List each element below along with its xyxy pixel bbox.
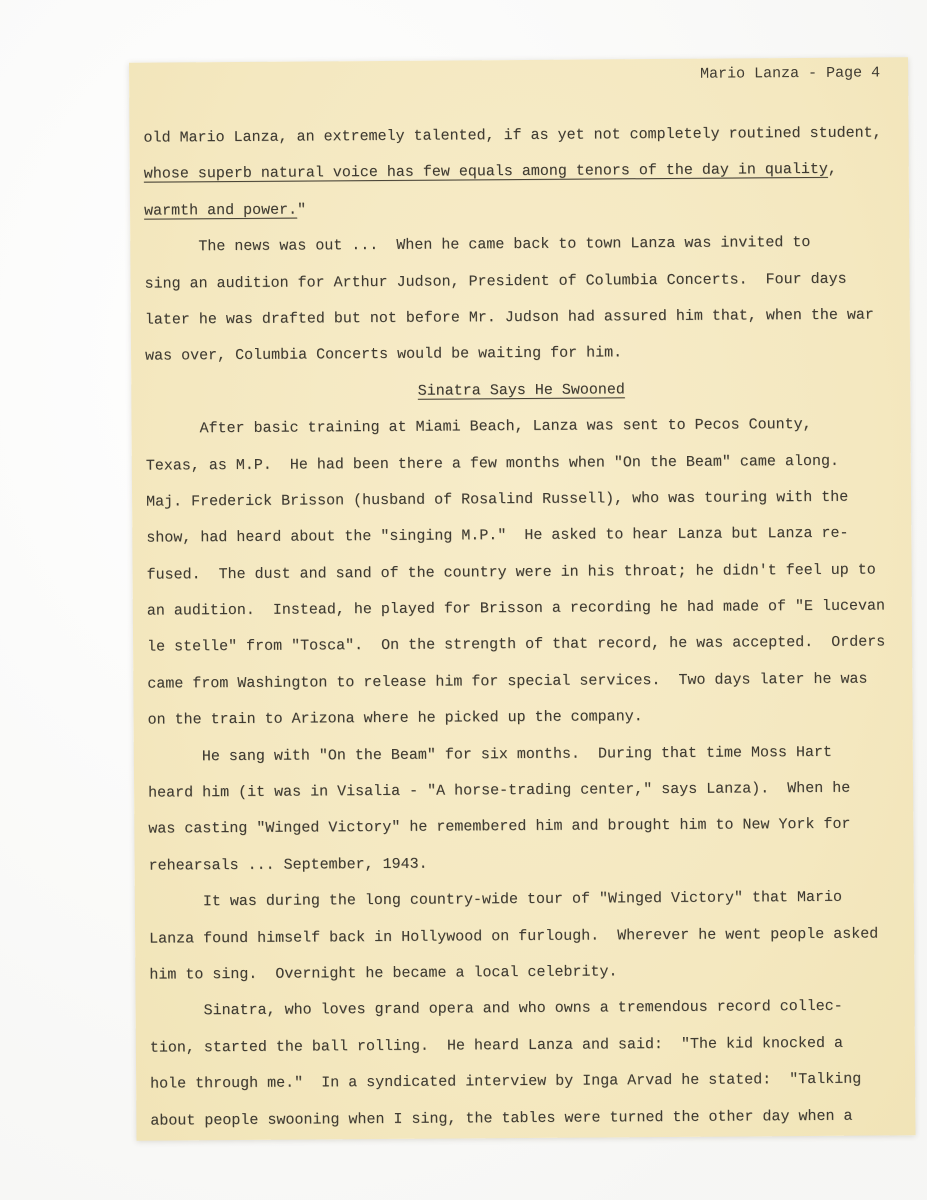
underlined-text: Sinatra Says He Swooned <box>418 381 625 399</box>
text-segment: rehearsals ... September, 1943. <box>149 855 428 874</box>
text-segment: was over, Columbia Concerts would be wai… <box>145 345 622 365</box>
text-line: After basic training at Miami Beach, Lan… <box>145 406 897 448</box>
scan-background: Mario Lanza - Page 4 old Mario Lanza, an… <box>0 0 927 1200</box>
text-segment: heard him (it was in Visalia - "A horse-… <box>148 780 850 802</box>
text-line: later he was drafted but not before Mr. … <box>145 297 897 339</box>
text-line: was casting "Winged Victory" he remember… <box>148 807 900 849</box>
text-segment: " <box>297 201 306 218</box>
text-segment: him to sing. Overnight he became a local… <box>149 963 617 983</box>
text-line: sing an audition for Arthur Judson, Pres… <box>144 261 896 303</box>
text-segment: on the train to Arizona where he picked … <box>148 708 643 728</box>
text-line: an audition. Instead, he played for Bris… <box>147 588 899 630</box>
text-segment: later he was drafted but not before Mr. … <box>145 306 874 328</box>
section-heading: Sinatra Says He Swooned <box>145 370 897 412</box>
text-segment: fused. The dust and sand of the country … <box>147 561 876 583</box>
text-segment: The news was out ... When he came back t… <box>144 234 810 256</box>
text-line: came from Washington to release him for … <box>147 661 899 703</box>
text-segment: an audition. Instead, he played for Bris… <box>147 598 885 620</box>
text-segment: came from Washington to release him for … <box>147 670 867 692</box>
text-line: heard him (it was in Visalia - "A horse-… <box>148 770 900 812</box>
text-segment: show, had heard about the "singing M.P."… <box>146 525 848 547</box>
text-line: tion, started the ball rolling. He heard… <box>150 1025 902 1067</box>
text-line: Maj. Frederick Brisson (husband of Rosal… <box>146 479 898 521</box>
text-segment: It was during the long country-wide tour… <box>149 889 842 911</box>
text-segment: le stelle" from "Tosca". On the strength… <box>147 634 885 656</box>
text-segment: Sinatra, who loves grand opera and who o… <box>150 998 843 1020</box>
text-segment: After basic training at Miami Beach, Lan… <box>146 416 812 438</box>
paper-page: Mario Lanza - Page 4 old Mario Lanza, an… <box>129 57 916 1140</box>
text-line: rehearsals ... September, 1943. <box>148 843 900 885</box>
text-line: Lanza found himself back in Hollywood on… <box>149 916 901 958</box>
page-header: Mario Lanza - Page 4 <box>700 62 880 85</box>
text-segment: tion, started the ball rolling. He heard… <box>150 1035 843 1057</box>
typewritten-text: old Mario Lanza, an extremely talented, … <box>143 115 902 1139</box>
text-line: whose superb natural voice has few equal… <box>144 152 896 194</box>
text-segment: hole through me." In a syndicated interv… <box>150 1071 861 1093</box>
text-segment: Lanza found himself back in Hollywood on… <box>149 925 878 947</box>
text-segment: was casting "Winged Victory" he remember… <box>148 816 850 838</box>
text-segment: He sang with "On the Beam" for six month… <box>148 743 832 765</box>
text-line: He sang with "On the Beam" for six month… <box>148 734 900 776</box>
text-line: old Mario Lanza, an extremely talented, … <box>143 115 895 157</box>
text-line: le stelle" from "Tosca". On the strength… <box>147 625 899 667</box>
text-segment: sing an audition for Arthur Judson, Pres… <box>144 270 846 292</box>
text-segment: about people swooning when I sing, the t… <box>150 1107 852 1129</box>
text-line: Texas, as M.P. He had been there a few m… <box>146 443 898 485</box>
text-line: about people swooning when I sing, the t… <box>150 1098 902 1140</box>
text-segment: , <box>828 161 837 178</box>
text-line: fused. The dust and sand of the country … <box>146 552 898 594</box>
text-line: on the train to Arizona where he picked … <box>147 698 899 740</box>
text-line: hole through me." In a syndicated interv… <box>150 1062 902 1104</box>
text-line: him to sing. Overnight he became a local… <box>149 952 901 994</box>
underlined-text: whose superb natural voice has few equal… <box>144 161 828 183</box>
underlined-text: warmth and power. <box>144 201 297 219</box>
text-line: warmth and power." <box>144 188 896 230</box>
text-segment: Maj. Frederick Brisson (husband of Rosal… <box>146 489 848 511</box>
text-line: was over, Columbia Concerts would be wai… <box>145 334 897 376</box>
text-line: It was during the long country-wide tour… <box>149 880 901 922</box>
text-line: The news was out ... When he came back t… <box>144 225 896 267</box>
text-segment: old Mario Lanza, an extremely talented, … <box>143 124 881 146</box>
text-line: Sinatra, who loves grand opera and who o… <box>150 989 902 1031</box>
text-segment: Texas, as M.P. He had been there a few m… <box>146 452 839 474</box>
text-line: show, had heard about the "singing M.P."… <box>146 516 898 558</box>
